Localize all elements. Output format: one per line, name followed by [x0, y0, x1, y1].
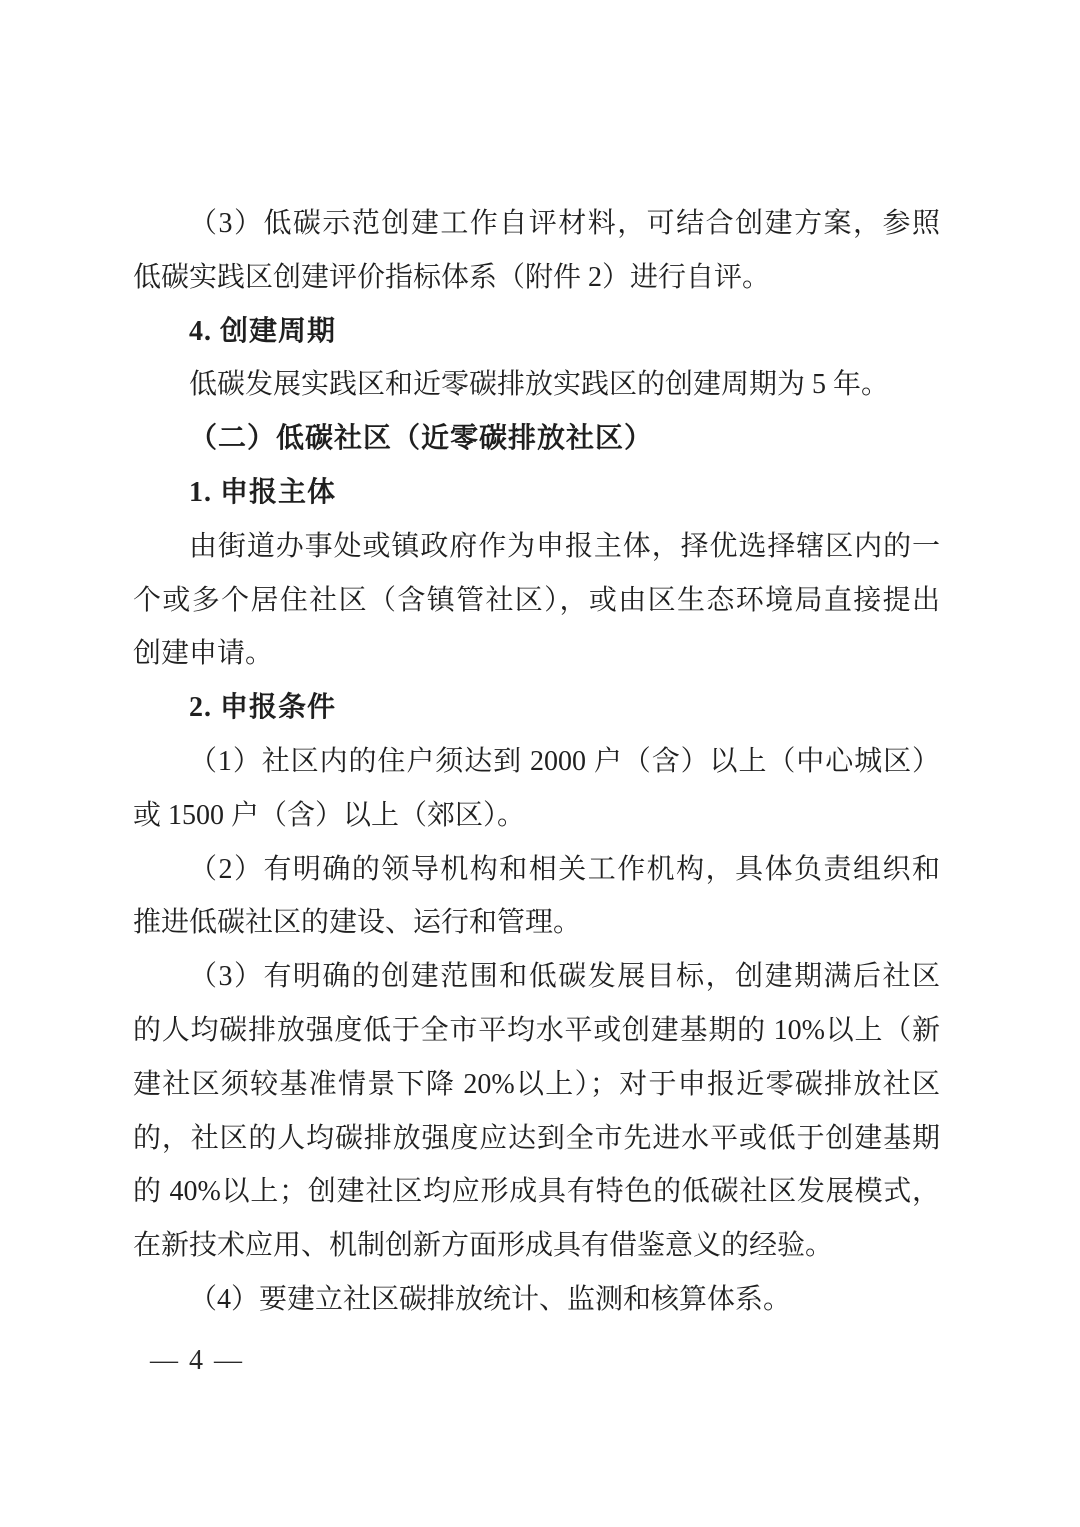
paragraph-line: 低碳发展实践区和近零碳排放实践区的创建周期为 5 年。: [133, 358, 940, 412]
paragraph-line: 建社区须较基准情景下降 20%以上）；对于申报近零碳排放社区: [133, 1058, 940, 1112]
paragraph-line: （4）要建立社区碳排放统计、监测和核算体系。: [133, 1273, 940, 1327]
document-body: （3）低碳示范创建工作自评材料，可结合创建方案，参照低碳实践区创建评价指标体系（…: [133, 197, 940, 1327]
paragraph-line: （2）有明确的领导机构和相关工作机构，具体负责组织和: [133, 843, 940, 897]
paragraph-line: 创建申请。: [133, 627, 940, 681]
paragraph-line: 由街道办事处或镇政府作为申报主体，择优选择辖区内的一: [133, 520, 940, 574]
paragraph-line: 的，社区的人均碳排放强度应达到全市先进水平或低于创建基期: [133, 1112, 940, 1166]
page-number: — 4 —: [150, 1346, 244, 1376]
document-page: （3）低碳示范创建工作自评材料，可结合创建方案，参照低碳实践区创建评价指标体系（…: [0, 0, 1080, 1527]
paragraph-line: （3）低碳示范创建工作自评材料，可结合创建方案，参照: [133, 197, 940, 251]
paragraph-line: （1）社区内的住户须达到 2000 户（含）以上（中心城区）: [133, 735, 940, 789]
paragraph-line: 或 1500 户（含）以上（郊区）。: [133, 789, 940, 843]
paragraph-line: （3）有明确的创建范围和低碳发展目标，创建期满后社区: [133, 950, 940, 1004]
section-heading: 2. 申报条件: [133, 681, 940, 735]
paragraph-line: 低碳实践区创建评价指标体系（附件 2）进行自评。: [133, 251, 940, 305]
paragraph-line: 的 40%以上；创建社区均应形成具有特色的低碳社区发展模式，: [133, 1165, 940, 1219]
paragraph-line: 的人均碳排放强度低于全市平均水平或创建基期的 10%以上（新: [133, 1004, 940, 1058]
paragraph-line: 推进低碳社区的建设、运行和管理。: [133, 896, 940, 950]
section-heading: 1. 申报主体: [133, 466, 940, 520]
paragraph-line: 在新技术应用、机制创新方面形成具有借鉴意义的经验。: [133, 1219, 940, 1273]
paragraph-line: 个或多个居住社区（含镇管社区），或由区生态环境局直接提出: [133, 574, 940, 628]
section-heading: 4. 创建周期: [133, 305, 940, 359]
section-heading: （二）低碳社区（近零碳排放社区）: [133, 412, 940, 466]
